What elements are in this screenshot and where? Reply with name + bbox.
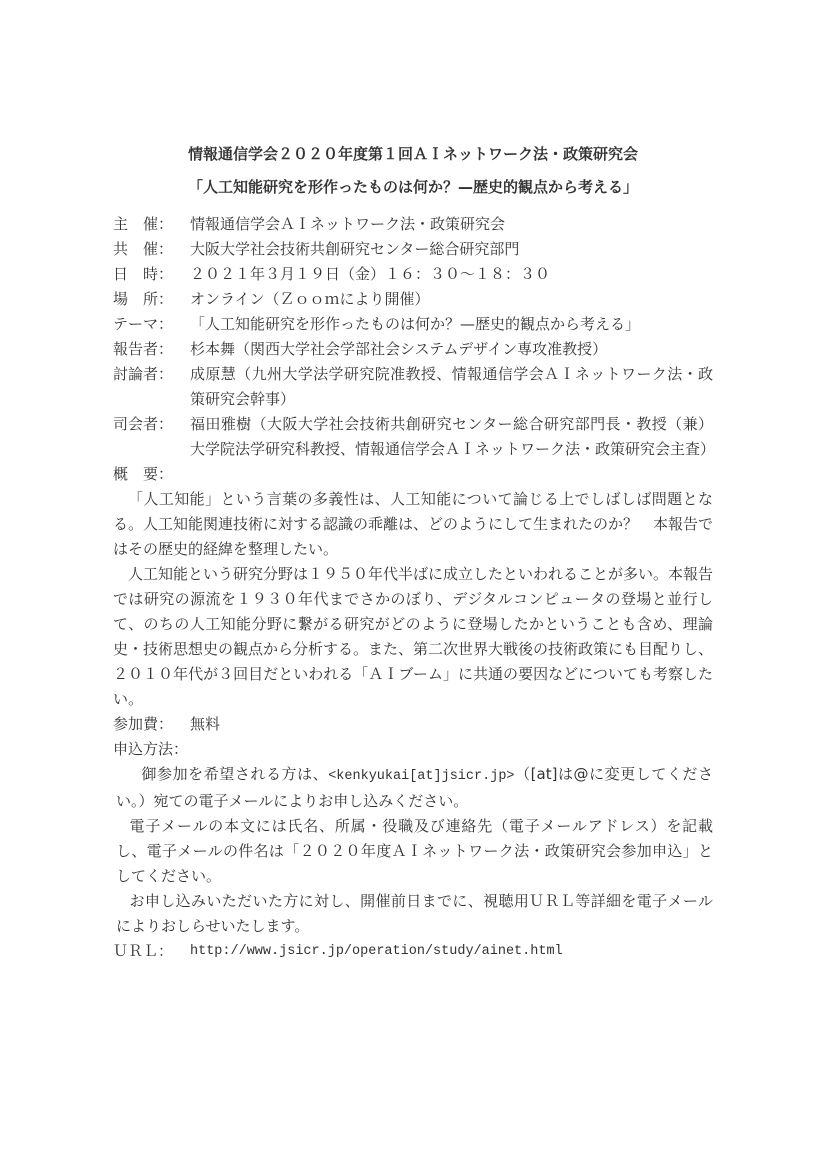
info-row-discussant: 討論者： 成原慧（九州大学法学研究院准教授、情報通信学会ＡＩネットワーク法・政策… — [113, 362, 713, 412]
cohost-value: 大阪大学社会技術共創研究センター総合研究部門 — [190, 237, 713, 262]
overview-label: 概 要： — [113, 462, 190, 487]
info-row-apply: 申込方法： — [113, 737, 713, 762]
info-row-theme: テーマ： 「人工知能研究を形作ったものは何か？—歴史的観点から考える」 — [113, 312, 713, 337]
presenter-label: 報告者： — [113, 337, 190, 362]
info-row-fee: 参加費： 無料 — [113, 712, 713, 737]
info-row-moderator: 司会者： 福田雅樹（大阪大学社会技術共創研究センター総合研究部門長・教授（兼）大… — [113, 412, 713, 462]
apply-label: 申込方法： — [113, 737, 190, 762]
info-row-datetime: 日 時： ２０２１年３月１９日（金）１６：３０～１８：３０ — [113, 262, 713, 287]
venue-value: オンライン（Ｚｏｏｍにより開催） — [190, 287, 713, 312]
organizer-label: 主 催： — [113, 212, 190, 237]
apply-p1-post: 宛ての電子メールによりお申し込みください。 — [154, 792, 469, 810]
info-row-url: ＵＲＬ： http://www.jsicr.jp/operation/study… — [113, 939, 713, 964]
apply-paragraph-1: 御参加を希望される方は、<kenkyukai[at]jsicr.jp>（[at]… — [116, 762, 713, 814]
venue-label: 場 所： — [113, 287, 190, 312]
discussant-value: 成原慧（九州大学法学研究院准教授、情報通信学会ＡＩネットワーク法・政策研究会幹事… — [190, 362, 713, 412]
document-body: 主 催： 情報通信学会ＡＩネットワーク法・政策研究会 共 催： 大阪大学社会技術… — [113, 212, 713, 964]
overview-paragraph-2: 人工知能という研究分野は１９５０年代半ばに成立したといわれることが多い。本報告で… — [113, 562, 713, 712]
apply-email-address: <kenkyukai[at]jsicr.jp> — [328, 769, 514, 784]
url-label: ＵＲＬ： — [113, 939, 190, 964]
info-row-overview: 概 要： — [113, 462, 713, 487]
apply-paragraph-2: 電子メールの本文には氏名、所属・役職及び連絡先（電子メールアドレス）を記載し、電… — [116, 814, 713, 889]
apply-p1-pre: 御参加を希望される方は、 — [142, 765, 329, 783]
theme-label: テーマ： — [113, 312, 190, 337]
theme-value: 「人工知能研究を形作ったものは何か？—歴史的観点から考える」 — [190, 312, 713, 337]
moderator-label: 司会者： — [113, 412, 190, 437]
discussant-label: 討論者： — [113, 362, 190, 387]
organizer-value: 情報通信学会ＡＩネットワーク法・政策研究会 — [190, 212, 713, 237]
document-subtitle: 「人工知能研究を形作ったものは何か？—歴史的観点から考える」 — [113, 171, 713, 204]
overview-paragraph-1: 「人工知能」という言葉の多義性は、人工知能について論じる上でしばしば問題となる。… — [113, 487, 713, 562]
url-link[interactable]: http://www.jsicr.jp/operation/study/aine… — [190, 939, 713, 964]
presenter-value: 杉本舞（関西大学社会学部社会システムデザイン専攻准教授） — [190, 337, 713, 362]
document-page: 情報通信学会２０２０年度第１回ＡＩネットワーク法・政策研究会 「人工知能研究を形… — [113, 138, 713, 964]
datetime-label: 日 時： — [113, 262, 190, 287]
info-row-venue: 場 所： オンライン（Ｚｏｏｍにより開催） — [113, 287, 713, 312]
moderator-value: 福田雅樹（大阪大学社会技術共創研究センター総合研究部門長・教授（兼）大学院法学研… — [190, 412, 713, 462]
info-row-cohost: 共 催： 大阪大学社会技術共創研究センター総合研究部門 — [113, 237, 713, 262]
info-row-presenter: 報告者： 杉本舞（関西大学社会学部社会システムデザイン専攻准教授） — [113, 337, 713, 362]
fee-label: 参加費： — [113, 712, 190, 737]
fee-value: 無料 — [190, 712, 713, 737]
document-title: 情報通信学会２０２０年度第１回ＡＩネットワーク法・政策研究会 — [113, 138, 713, 171]
info-row-organizer: 主 催： 情報通信学会ＡＩネットワーク法・政策研究会 — [113, 212, 713, 237]
datetime-value: ２０２１年３月１９日（金）１６：３０～１８：３０ — [190, 262, 713, 287]
apply-paragraph-3: お申し込みいただいた方に対し、開催前日までに、視聴用ＵＲＬ等詳細を電子メールによ… — [116, 889, 713, 939]
cohost-label: 共 催： — [113, 237, 190, 262]
